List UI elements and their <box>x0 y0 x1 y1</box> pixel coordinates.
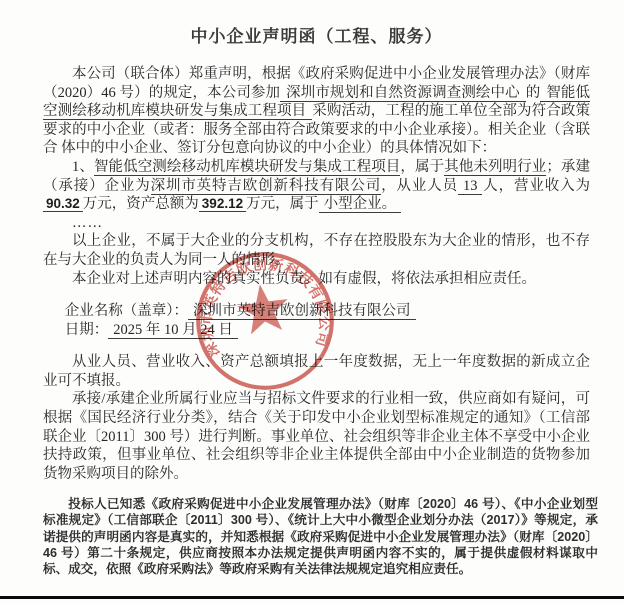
company-name-label: 企业名称（盖章）： <box>65 303 188 319</box>
item-text-5: 万元，资产总额为 <box>83 196 199 212</box>
no-branch-paragraph: 以上企业，不属于大企业的分支机构，不存在控股股东为大企业的情形，也不存在与大企业… <box>43 232 590 269</box>
item-text-1: ，属于 <box>400 159 444 175</box>
item-number: 1、 <box>72 159 94 175</box>
declaration-document-page: 中小企业声明函（工程、服务） 本公司（联合体）郑重声明，根据《政府采购促进中小企… <box>0 0 624 603</box>
item-text-6: 万元，属于 <box>246 196 319 212</box>
date-label: 日期： <box>65 322 109 338</box>
industry-blank: 其他未列明行业 <box>444 159 546 177</box>
enterprise-item-1: 1、智能低空测绘移动机库模块研发与集成工程项目，属于其他未列明行业；承建（承接）… <box>43 158 590 214</box>
responsibility-paragraph: 本企业对上述声明内容的真实性负责。如有虚假，将依法承担相应责任。 <box>43 270 590 289</box>
item-project-blank: 智能低空测绘移动机库模块研发与集成工程项目 <box>94 159 400 177</box>
employees-count-blank: 13 <box>458 178 483 195</box>
declaration-text-2: 的 <box>526 85 541 101</box>
item-text-3: ，从业人员 <box>381 178 458 194</box>
declaration-paragraph: 本公司（联合体）郑重声明，根据《政府采购促进中小企业发展管理办法》（财库（202… <box>43 65 590 158</box>
signature-block: 企业名称（盖章）：深圳市英特吉欧创新科技有限公司 日期：2025 年 10 月 … <box>43 302 590 340</box>
revenue-value-blank: 90.32 <box>43 196 83 212</box>
bidder-commitment-paragraph: 投标人已知悉《政府采购促进中小企业发展管理办法》（财库〔2020〕46 号）、《… <box>43 496 598 577</box>
document-title: 中小企业声明函（工程、服务） <box>43 22 590 47</box>
contractor-company-blank: 深圳市英特吉欧创新科技有限公司 <box>151 178 382 196</box>
ellipsis-line: …… <box>43 214 590 233</box>
note-fill-paragraph: 从业人员、营业收入、资产总额填报上一年度数据，无上一年度数据的新成立企业可不填报… <box>43 353 590 390</box>
assets-value-blank: 392.12 <box>199 196 246 212</box>
company-name-value: 深圳市英特吉欧创新科技有限公司 <box>188 303 416 320</box>
purchaser-name-blank: 深圳市规划和自然资源调查测绘中心 <box>280 85 526 102</box>
date-line: 日期：2025 年 10 月 24 日 <box>43 321 590 340</box>
note-industry-paragraph: 承接/承建企业所属行业应当与招标文件要求的行业相一致，供应商如有疑问，可根据《国… <box>43 390 590 483</box>
company-name-line: 企业名称（盖章）：深圳市英特吉欧创新科技有限公司 <box>43 302 590 321</box>
page-bottom-edge-line <box>0 596 624 599</box>
item-text-4: 人，营业收入为 <box>482 178 590 194</box>
enterprise-size-blank: 小型企业。 <box>319 196 402 213</box>
date-value: 2025 年 10 月 24 日 <box>108 322 238 339</box>
